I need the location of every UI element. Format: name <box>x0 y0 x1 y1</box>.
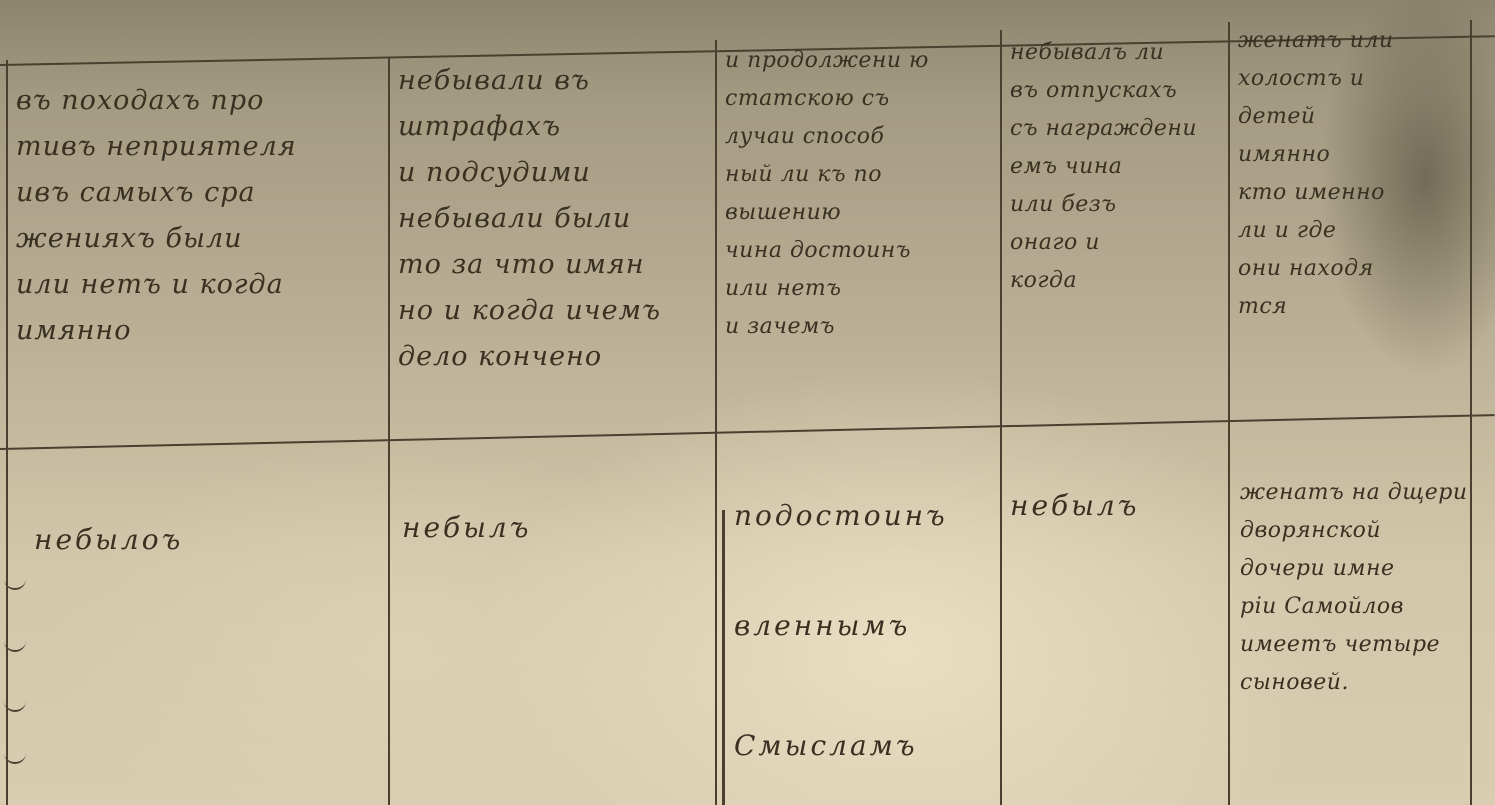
column-rule-0 <box>6 60 8 805</box>
text-line: или безъ <box>1010 186 1222 224</box>
text-line: тся <box>1238 288 1464 326</box>
column-rule-1 <box>388 58 390 805</box>
text-line: небывалъ ли <box>1010 34 1222 72</box>
column-rule-2 <box>715 40 717 805</box>
text-line: но и когда ичемъ <box>398 288 708 334</box>
text-line: емъ чина <box>1010 148 1222 186</box>
cell-r1-c3-promotion: и продолжени ю статскою съ лучаи способ … <box>719 38 999 350</box>
cell-r1-c2-penalties: небывали въ штрафахъ и подсудими небывал… <box>392 54 714 384</box>
text-line: дочери имне <box>1240 550 1464 588</box>
text-line: сыновей. <box>1240 664 1464 702</box>
text-line: вышению <box>725 194 993 232</box>
text-line: Смысламъ <box>734 726 994 766</box>
text-line: небывали были <box>398 196 708 242</box>
text-line: статскою съ <box>725 80 993 118</box>
text-line: детей <box>1238 98 1464 136</box>
cell-r1-c4-leave: небывалъ ли въ отпускахъ съ награждени е… <box>1004 30 1228 304</box>
bracket-mark <box>722 510 725 805</box>
text-line: имеетъ четыре <box>1240 626 1464 664</box>
text-line: съ награждени <box>1010 110 1222 148</box>
text-line: онаго и <box>1010 224 1222 262</box>
text-line: чина достоинъ <box>725 232 993 270</box>
text-line: вленнымъ <box>734 606 994 646</box>
text-line: женатъ на дщери <box>1240 474 1464 512</box>
column-rule-5 <box>1470 20 1472 805</box>
text-line: небывали въ <box>398 58 708 104</box>
text-line: штрафахъ <box>398 104 708 150</box>
cell-r1-c5-family: женатъ или холостъ и детей имянно кто им… <box>1232 18 1470 330</box>
cell-r2-c2: небылъ <box>396 504 714 552</box>
cell-r2-c4: небылъ <box>1004 482 1228 530</box>
text-line: лучаи способ <box>725 118 993 156</box>
text-line: небылоъ <box>34 520 382 560</box>
text-line: дворянской <box>1240 512 1464 550</box>
text-line: и продолжени ю <box>725 42 993 80</box>
text-line: имянно <box>1238 136 1464 174</box>
text-line: они находя <box>1238 250 1464 288</box>
text-line: женатъ или <box>1238 22 1464 60</box>
text-line: холостъ и <box>1238 60 1464 98</box>
cell-r2-c3: подостоинъ вленнымъ Смысламъ <box>728 492 1000 770</box>
text-line: небылъ <box>1010 486 1222 526</box>
text-line: ивъ самыхъ сра <box>16 170 382 216</box>
text-line: и зачемъ <box>725 308 993 346</box>
text-line: и подсудими <box>398 150 708 196</box>
text-line: ли и где <box>1238 212 1464 250</box>
text-line: ный ли къ по <box>725 156 993 194</box>
text-line: или нетъ и когда <box>16 262 382 308</box>
text-line: тивъ неприятеля <box>16 124 382 170</box>
text-line: то за что имян <box>398 242 708 288</box>
text-line: ріи Самойлов <box>1240 588 1464 626</box>
cell-r1-c1-campaigns: въ походахъ про тивъ неприятеля ивъ самы… <box>10 74 388 358</box>
text-line: когда <box>1010 262 1222 300</box>
text-line: женияхъ были <box>16 216 382 262</box>
text-line: кто именно <box>1238 174 1464 212</box>
text-line: имянно <box>16 308 382 354</box>
cell-r2-c1: небылоъ <box>28 516 388 564</box>
text-line: въ походахъ про <box>16 78 382 124</box>
text-line: въ отпускахъ <box>1010 72 1222 110</box>
cell-r2-c5: женатъ на дщери дворянской дочери имне р… <box>1234 470 1470 706</box>
column-rule-4 <box>1228 22 1230 805</box>
column-rule-3 <box>1000 30 1002 805</box>
text-line: подостоинъ <box>734 496 994 536</box>
text-line: небылъ <box>402 508 708 548</box>
text-line: или нетъ <box>725 270 993 308</box>
text-line: дело кончено <box>398 334 708 380</box>
